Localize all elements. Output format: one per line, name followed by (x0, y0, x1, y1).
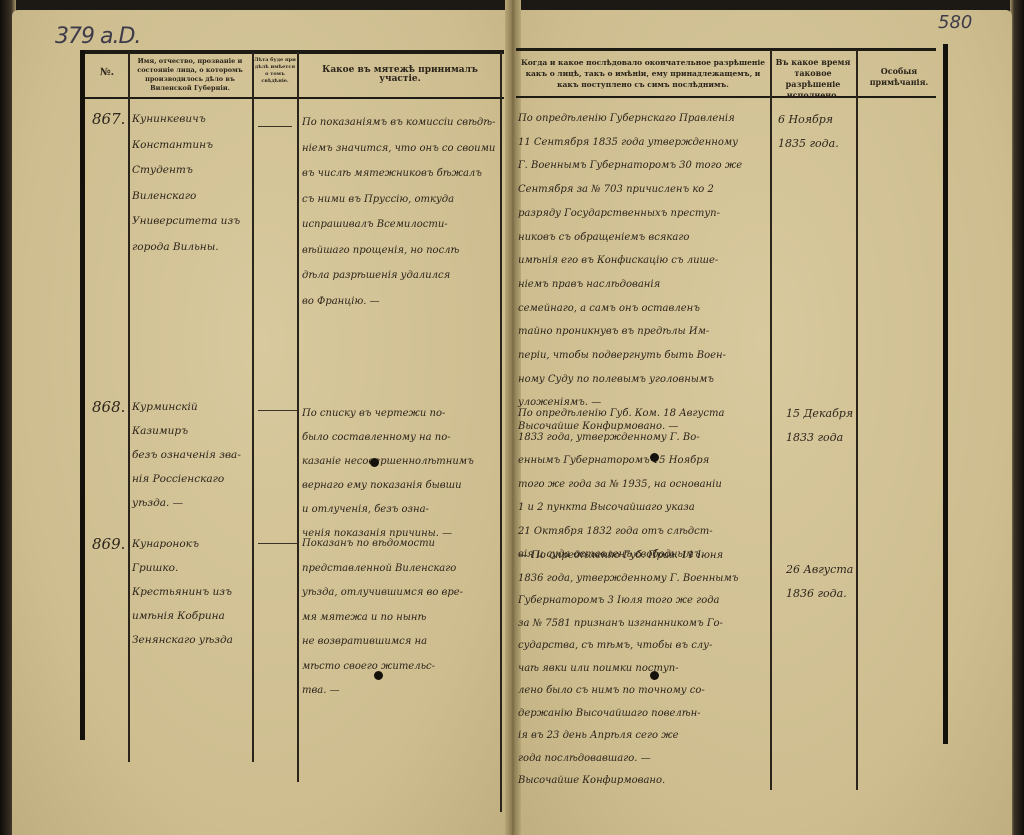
header-resolution: Когда и какое послѣдовало окончательное … (518, 57, 768, 90)
entry-name: Курминскій Казимиръ безъ означенія зва- … (132, 395, 252, 515)
header-executed: Въ какое время таковое разрѣшеніе исполн… (772, 57, 854, 101)
vertical-col-dash (258, 543, 298, 544)
open-ledger-book: 379 a.D. 580 №. Имя, отчество, прозваніе… (0, 0, 1024, 835)
book-right-edge (1010, 0, 1024, 835)
left-table-border (80, 50, 85, 740)
header-remarks: Особыя примѣчанія. (858, 66, 940, 88)
col-divider-name (252, 52, 254, 762)
right-header-top-rule (516, 48, 936, 51)
col-divider-number (128, 52, 130, 762)
entry-participation: По списку въ чертежи по- было составленн… (302, 402, 502, 546)
header-number: №. (92, 68, 122, 77)
entry-resolution: По опредѣленію Губернскаго Правленія 11 … (518, 107, 773, 439)
entry-executed-date: 26 Августа 1836 года. (786, 558, 862, 606)
entry-number: 868. (92, 398, 125, 416)
ink-blot (370, 458, 379, 467)
entry-executed-date: 6 Ноября 1835 года. (778, 108, 858, 156)
ink-blot (374, 671, 383, 680)
entry-participation: Показанъ по вѣдомости представленной Вил… (302, 532, 502, 704)
entry-name: Кунаронокъ Гришко. Крестьянинъ изъ имѣні… (132, 532, 252, 652)
entry-executed-date: 15 Декабря 1833 года (786, 402, 862, 450)
ink-blot (650, 671, 659, 680)
header-vertical: Лѣта буде при дѣлѣ имѣется о томъ свѣдѣн… (254, 57, 296, 85)
entry-number: 869. (92, 535, 125, 553)
left-header-top-rule (84, 50, 504, 54)
entry-participation: По показаніямъ въ комиссіи свѣдѣ- ніемъ … (302, 110, 502, 314)
left-header-bottom-rule (84, 97, 504, 99)
entry-resolution: — По опредѣленію Губ. Прав. 11 Іюня 1836… (518, 545, 773, 793)
entry-number: 867. (92, 110, 125, 128)
ink-blot (650, 453, 659, 462)
header-participation: Какое въ мятежѣ принималъ участіе. (300, 66, 500, 84)
right-folio-number: 580 (938, 12, 972, 33)
header-name: Имя, отчество, прозваніе и состояніе лиц… (130, 57, 250, 93)
vertical-col-dash (258, 410, 298, 411)
entry-name: Кунинкевичъ Константинъ Студентъ Виленск… (132, 107, 252, 260)
right-header-bottom-rule (516, 96, 936, 98)
entry-resolution: По опредѣленію Губ. Ком. 18 Августа 1833… (518, 402, 773, 567)
col-divider-vertical (297, 52, 299, 782)
right-table-border (943, 44, 948, 744)
vertical-col-dash (258, 126, 292, 127)
left-folio-number: 379 a.D. (55, 24, 140, 49)
